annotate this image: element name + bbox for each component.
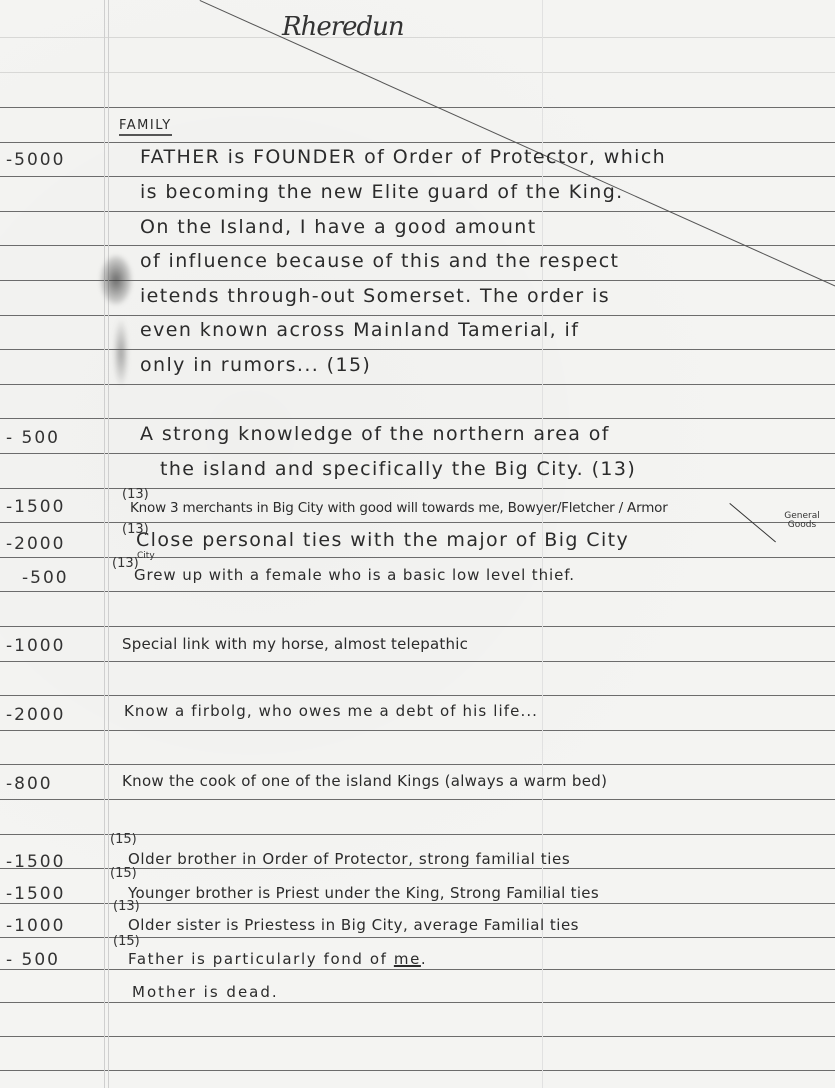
entry-text-line: ietends through-out Somerset. The order … xyxy=(140,285,610,307)
ruled-line xyxy=(0,799,835,800)
entry-cost: -2000 xyxy=(6,534,65,554)
ruled-line xyxy=(0,245,835,246)
entry-cost: -800 xyxy=(6,774,53,794)
ruled-line xyxy=(0,453,835,454)
entry-text-line: Know the cook of one of the island Kings… xyxy=(122,772,607,790)
entry-cost: -1500 xyxy=(6,884,65,904)
emphasized-word: me xyxy=(394,950,421,968)
entry-text: Father is particularly fond of xyxy=(128,950,394,968)
entry-text-line: Know 3 merchants in Big City with good w… xyxy=(130,500,668,516)
entry-rating: (15) xyxy=(110,832,137,847)
ruled-line xyxy=(0,626,835,627)
entry-cost: -2000 xyxy=(6,705,65,725)
ruled-line xyxy=(0,969,835,970)
margin-line xyxy=(108,0,109,1088)
entry-text-line: Mother is dead. xyxy=(132,983,279,1001)
ruled-line xyxy=(0,1002,835,1003)
ruled-line xyxy=(0,107,835,108)
entry-text-line: Younger brother is Priest under the King… xyxy=(128,884,599,902)
entry-cost: - 500 xyxy=(6,428,60,448)
entry-text-line: only in rumors... (15) xyxy=(140,354,371,376)
ruled-line xyxy=(0,1070,835,1071)
entry-text-line: Grew up with a female who is a basic low… xyxy=(134,566,575,584)
entry-text-line: Know a firbolg, who owes me a debt of hi… xyxy=(124,702,538,720)
entry-text-line: FATHER is FOUNDER of Order of Protector,… xyxy=(140,146,666,168)
section-heading: FAMILY xyxy=(119,118,172,136)
entry-text-line: Older sister is Priestess in Big City, a… xyxy=(128,916,579,934)
entry-cost: -1000 xyxy=(6,636,65,656)
ink-smudge xyxy=(113,318,129,388)
ruled-line xyxy=(0,142,835,143)
notebook-page: Rheredun FAMILY -5000 FATHER is FOUNDER … xyxy=(0,0,835,1088)
entry-text-line: Father is particularly fond of me. xyxy=(128,950,427,968)
ruled-line xyxy=(0,211,835,212)
entry-text-line: Older brother in Order of Protector, str… xyxy=(128,850,570,868)
entry-text-line: Special link with my horse, almost telep… xyxy=(122,635,468,653)
entry-rating: (15) xyxy=(113,934,140,949)
page-title: Rheredun xyxy=(282,12,404,42)
entry-rating: (13) xyxy=(113,899,140,914)
entry-text-line: even known across Mainland Tamerial, if xyxy=(140,319,579,341)
ruled-line xyxy=(0,661,835,662)
diagonal-pencil-stroke xyxy=(200,0,835,287)
entry-text: . xyxy=(421,950,427,968)
ink-smudge xyxy=(100,255,132,305)
ruled-line xyxy=(0,695,835,696)
ruled-line xyxy=(0,591,835,592)
margin-line xyxy=(104,0,105,1088)
entry-cost: -1000 xyxy=(6,916,65,936)
ruled-line xyxy=(0,1036,835,1037)
entry-cost: -1500 xyxy=(6,852,65,872)
ruled-line xyxy=(0,418,835,419)
margin-annotation: General Goods xyxy=(782,512,822,530)
ruled-line xyxy=(0,730,835,731)
entry-text-line: is becoming the new Elite guard of the K… xyxy=(140,181,624,203)
entry-text-line: Close personal ties with the major of Bi… xyxy=(136,529,629,551)
ruled-line xyxy=(0,37,835,38)
entry-cost: -500 xyxy=(22,568,69,588)
entry-text-line: of influence because of this and the res… xyxy=(140,250,619,272)
ruled-line xyxy=(0,176,835,177)
entry-text-line: the island and specifically the Big City… xyxy=(160,458,636,480)
entry-cost: -1500 xyxy=(6,497,65,517)
entry-rating: (15) xyxy=(110,866,137,881)
ruled-line xyxy=(0,764,835,765)
entry-text-line: A strong knowledge of the northern area … xyxy=(140,423,610,445)
rating-note: City xyxy=(137,552,155,561)
entry-text-line: On the Island, I have a good amount xyxy=(140,216,537,238)
entry-cost: - 500 xyxy=(6,950,60,970)
ruled-line xyxy=(0,315,835,316)
ruled-line xyxy=(0,72,835,73)
entry-cost: -5000 xyxy=(6,150,65,170)
